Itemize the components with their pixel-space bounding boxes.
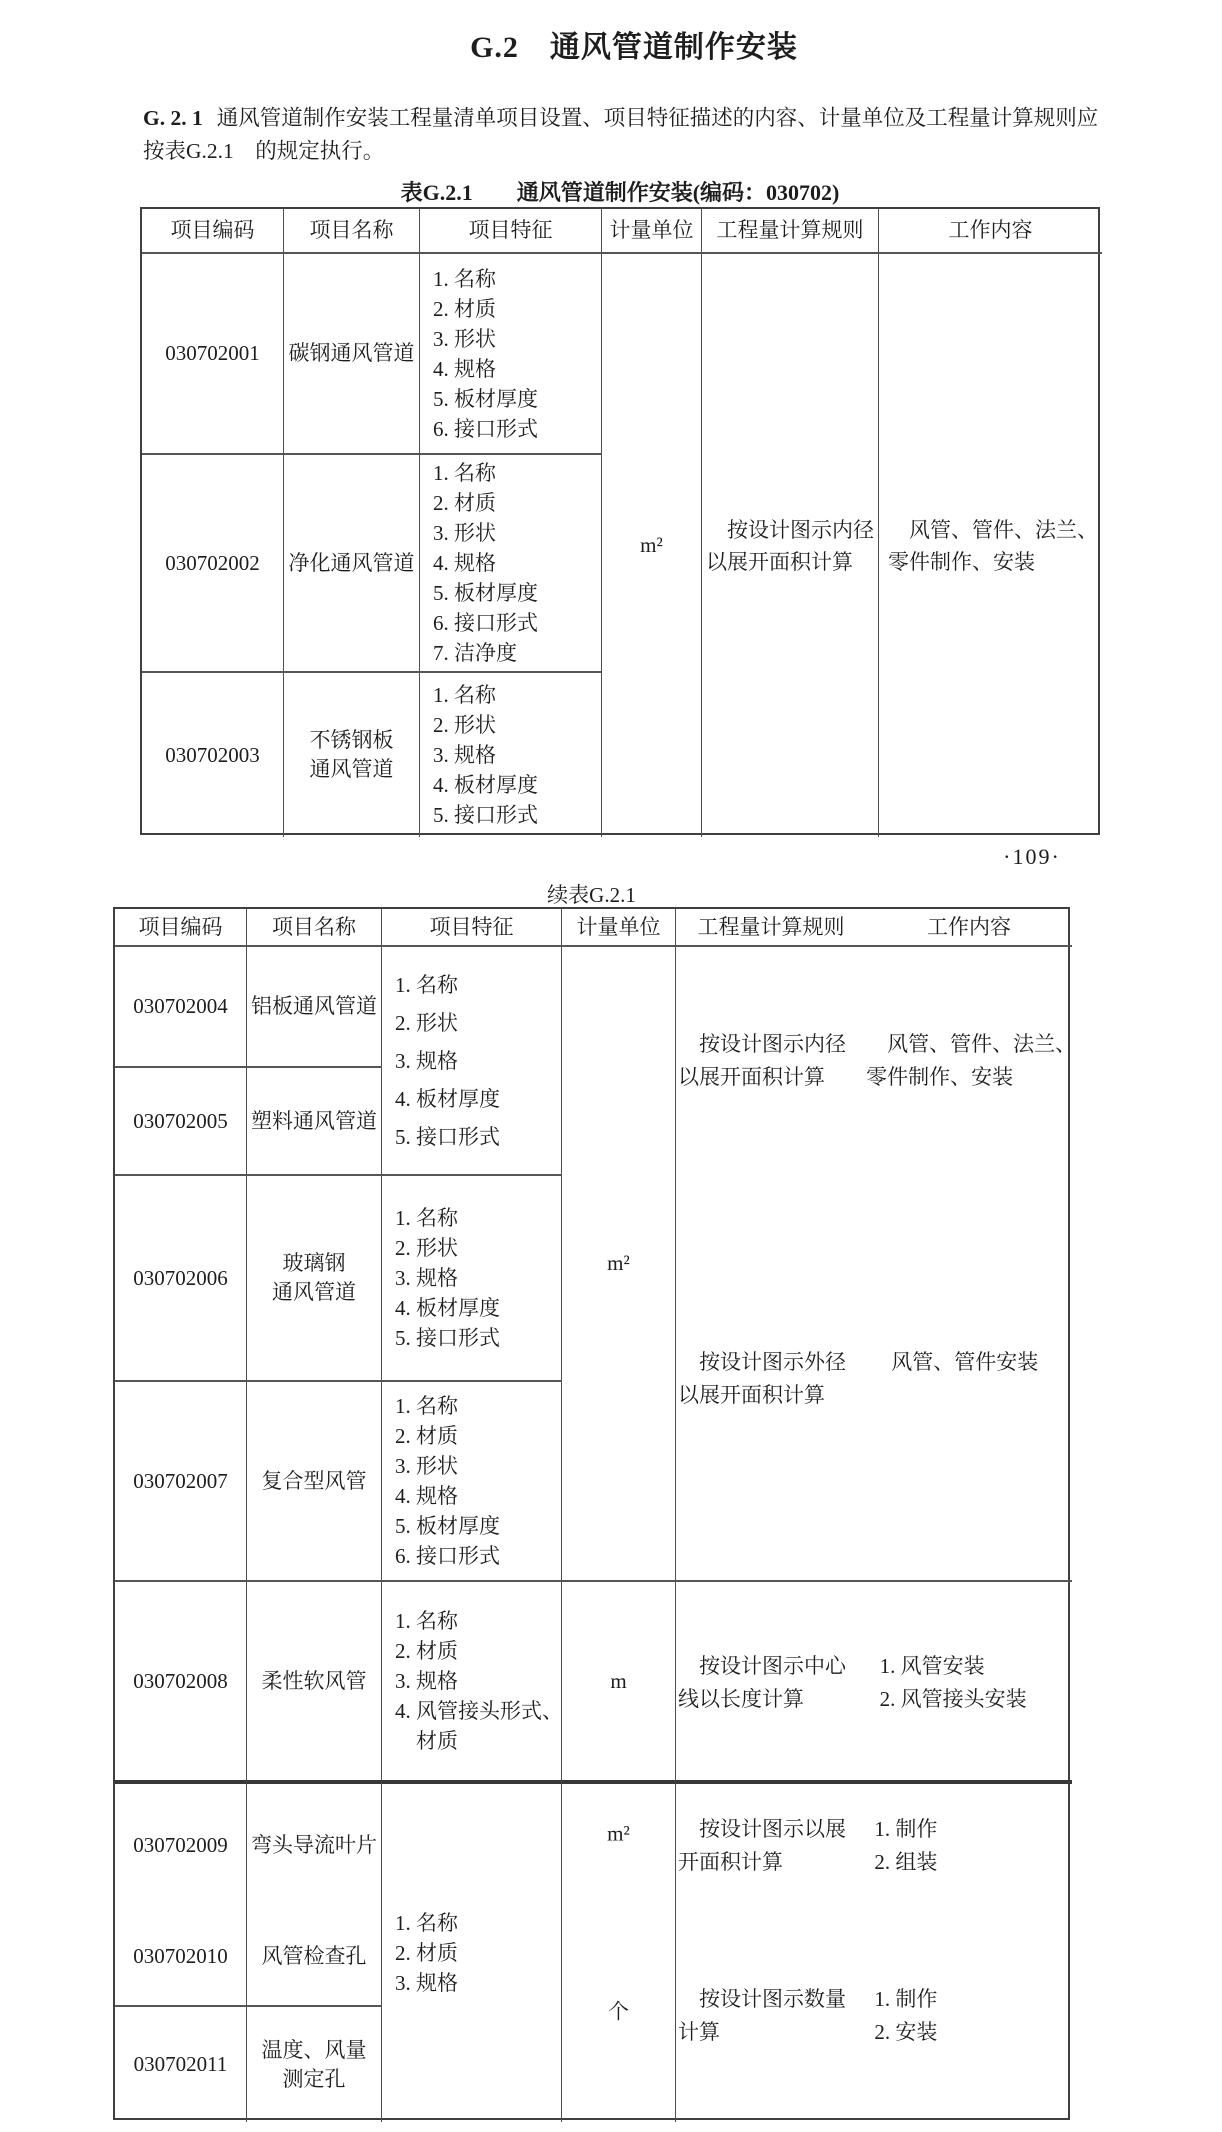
t2-row10-name: 风管检查孔 [247, 1907, 382, 2007]
t2-section-09: 按设计图示以展 开面积计算 1. 制作 2. 组装 [676, 1813, 1072, 1879]
t2-row05-code: 030702005 [115, 1068, 247, 1176]
document-page: G.2 通风管道制作安装 G. 2. 1通风管道制作安装工程量清单项目设置、项目… [0, 0, 1222, 2132]
t2-features-06: 1. 名称 2. 形状 3. 规格 4. 板材厚度 5. 接口形式 [382, 1176, 562, 1382]
t1-header-unit: 计量单位 [602, 209, 702, 254]
t2-row11-name: 温度、风量 测定孔 [247, 2007, 382, 2122]
t2-rule-08: 按设计图示中心 线以长度计算 [676, 1650, 856, 1716]
t2-rule-10-11: 按设计图示数量 计算 [676, 1983, 860, 2049]
t2-row06-code: 030702006 [115, 1176, 247, 1382]
t2-unit-04-07: m² [562, 947, 676, 1582]
table1: 项目编码 项目名称 项目特征 计量单位 工程量计算规则 工作内容 0307020… [140, 207, 1100, 835]
t1-rule-cell: 按设计图示内径 以展开面积计算 [702, 254, 879, 837]
t2-rule-06-07: 按设计图示外径 以展开面积计算 [676, 1346, 864, 1412]
t1-row2-features: 1. 名称 2. 材质 3. 形状 4. 规格 5. 板材厚度 6. 接口形式 … [420, 455, 602, 673]
t2-header-code: 项目编码 [115, 909, 247, 947]
page-title: G.2 通风管道制作安装 [46, 22, 1222, 66]
table2-caption: 续表G.2.1 [113, 879, 1070, 909]
t2-section-04-05: 按设计图示内径 以展开面积计算 风管、管件、法兰、 零件制作、安装 [676, 1028, 1072, 1094]
t2-rule-09: 按设计图示以展 开面积计算 [676, 1813, 860, 1879]
t1-header-code: 项目编码 [142, 209, 284, 254]
t2-header-features: 项目特征 [382, 909, 562, 947]
page-number: ·109· [972, 844, 1092, 870]
clause-number: G. 2. 1 [143, 106, 203, 130]
t2-row05-name: 塑料通风管道 [247, 1068, 382, 1176]
t2-features-09-11: 1. 名称 2. 材质 3. 规格 [382, 1784, 562, 2122]
t1-row1-name: 碳钢通风管道 [284, 254, 420, 455]
t1-header-rule: 工程量计算规则 [702, 209, 879, 254]
t2-row04-code: 030702004 [115, 947, 247, 1068]
t1-header-features: 项目特征 [420, 209, 602, 254]
t2-rulework-08: 按设计图示中心 线以长度计算 1. 风管安装 2. 风管接头安装 [676, 1582, 1072, 1784]
t2-section-10-11: 按设计图示数量 计算 1. 制作 2. 安装 [676, 1983, 1072, 2049]
t2-unit-09: m² [562, 1820, 675, 1849]
t2-features-04-05: 1. 名称 2. 形状 3. 规格 4. 板材厚度 5. 接口形式 [382, 947, 562, 1176]
t1-header-name: 项目名称 [284, 209, 420, 254]
t1-row1-code: 030702001 [142, 254, 284, 455]
t2-row04-name: 铝板通风管道 [247, 947, 382, 1068]
t2-features-07: 1. 名称 2. 材质 3. 形状 4. 规格 5. 板材厚度 6. 接口形式 [382, 1382, 562, 1582]
t1-row2-name: 净化通风管道 [284, 455, 420, 673]
t2-row09-name: 弯头导流叶片 [247, 1784, 382, 1907]
t2-header-unit: 计量单位 [562, 909, 676, 947]
t2-work-06-07: 风管、管件安装 [864, 1346, 1072, 1412]
t2-row09-code: 030702009 [115, 1784, 247, 1907]
t2-header-rule-work: 工程量计算规则 工作内容 [676, 909, 1072, 947]
clause-text: 通风管道制作安装工程量清单项目设置、项目特征描述的内容、计量单位及工程量计算规则… [143, 106, 1098, 163]
t2-features-08: 1. 名称 2. 材质 3. 规格 4. 风管接头形式、 材质 [382, 1582, 562, 1784]
t1-work-cell: 风管、管件、法兰、 零件制作、安装 [879, 254, 1102, 837]
table1-caption: 表G.2.1 通风管道制作安装(编码：030702) [140, 176, 1100, 207]
table2: 项目编码 项目名称 项目特征 计量单位 工程量计算规则 工作内容 0307020… [113, 907, 1070, 2120]
t2-header-name: 项目名称 [247, 909, 382, 947]
t1-row3-code: 030702003 [142, 673, 284, 837]
t2-unit-08: m [562, 1582, 676, 1784]
t2-row07-code: 030702007 [115, 1382, 247, 1582]
clause-paragraph: G. 2. 1通风管道制作安装工程量清单项目设置、项目特征描述的内容、计量单位及… [143, 102, 1118, 168]
t1-row3-features: 1. 名称 2. 形状 3. 规格 4. 板材厚度 5. 接口形式 [420, 673, 602, 837]
t1-row1-features: 1. 名称 2. 材质 3. 形状 4. 规格 5. 板材厚度 6. 接口形式 [420, 254, 602, 455]
t2-rule-04-05: 按设计图示内径 以展开面积计算 [676, 1028, 860, 1094]
t1-unit-cell: m² [602, 254, 702, 837]
t2-rulework-09-11: 按设计图示以展 开面积计算 1. 制作 2. 组装 按设计图示数量 计算 1. … [676, 1784, 1072, 2122]
t2-header-rule: 工程量计算规则 [676, 913, 866, 942]
t2-row06-name: 玻璃钢 通风管道 [247, 1176, 382, 1382]
t2-section-06-07: 按设计图示外径 以展开面积计算 风管、管件安装 [676, 1346, 1072, 1412]
t1-header-work: 工作内容 [879, 209, 1102, 254]
t2-rulework-04-07: 按设计图示内径 以展开面积计算 风管、管件、法兰、 零件制作、安装 按设计图示外… [676, 947, 1072, 1582]
t2-unit-09-11: m² 个 [562, 1784, 676, 2122]
t2-row11-code: 030702011 [115, 2007, 247, 2122]
t2-header-work: 工作内容 [866, 913, 1072, 942]
t2-work-08: 1. 风管安装 2. 风管接头安装 [856, 1650, 1072, 1716]
t2-row10-code: 030702010 [115, 1907, 247, 2007]
t2-section-08: 按设计图示中心 线以长度计算 1. 风管安装 2. 风管接头安装 [676, 1650, 1072, 1716]
t2-row07-name: 复合型风管 [247, 1382, 382, 1582]
t2-row08-code: 030702008 [115, 1582, 247, 1784]
t2-unit-10-11: 个 [562, 1998, 675, 2027]
t2-row08-name: 柔性软风管 [247, 1582, 382, 1784]
t2-work-10-11: 1. 制作 2. 安装 [860, 1983, 1072, 2049]
t2-work-04-05: 风管、管件、法兰、 零件制作、安装 [860, 1028, 1072, 1094]
t1-row3-name: 不锈钢板 通风管道 [284, 673, 420, 837]
t2-work-09: 1. 制作 2. 组装 [860, 1813, 1072, 1879]
t1-row2-code: 030702002 [142, 455, 284, 673]
